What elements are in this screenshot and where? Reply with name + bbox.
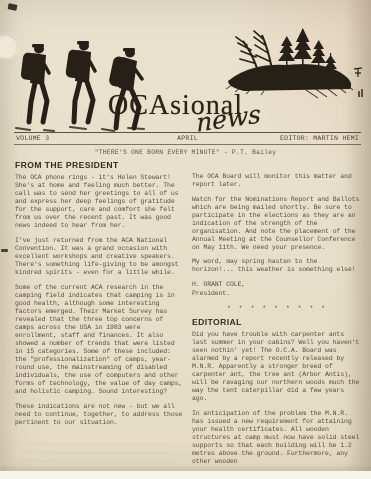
- hikers-illustration: [10, 22, 158, 140]
- left-column: FROM THE PRESIDENT The OCA phone rings -…: [15, 161, 183, 433]
- president-heading: FROM THE PRESIDENT: [15, 161, 183, 169]
- ink-speck: [7, 3, 17, 11]
- president-paragraph: I've just returned from the ACA National…: [15, 237, 183, 277]
- president-paragraph: Some of the current ACA research in the …: [15, 284, 183, 397]
- president-paragraph: The OCA phone rings - it's Helen Stewart…: [15, 174, 183, 230]
- masthead-row: VOLUME 3 APRIL EDITOR: MARTIN HEMI: [14, 132, 361, 145]
- bleedthrough-texture: [22, 444, 172, 462]
- bleedthrough-texture: [250, 150, 360, 430]
- bleedthrough-texture: [230, 438, 350, 460]
- ink-speck: [1, 249, 8, 252]
- newsletter-scan-page: OCAsional news VOLUME 3 APRIL EDITOR: MA…: [0, 0, 371, 479]
- month-label: APRIL: [14, 135, 361, 142]
- scanner-edge-strip: [0, 471, 371, 479]
- president-paragraph: These indications are not new - but we a…: [15, 403, 183, 427]
